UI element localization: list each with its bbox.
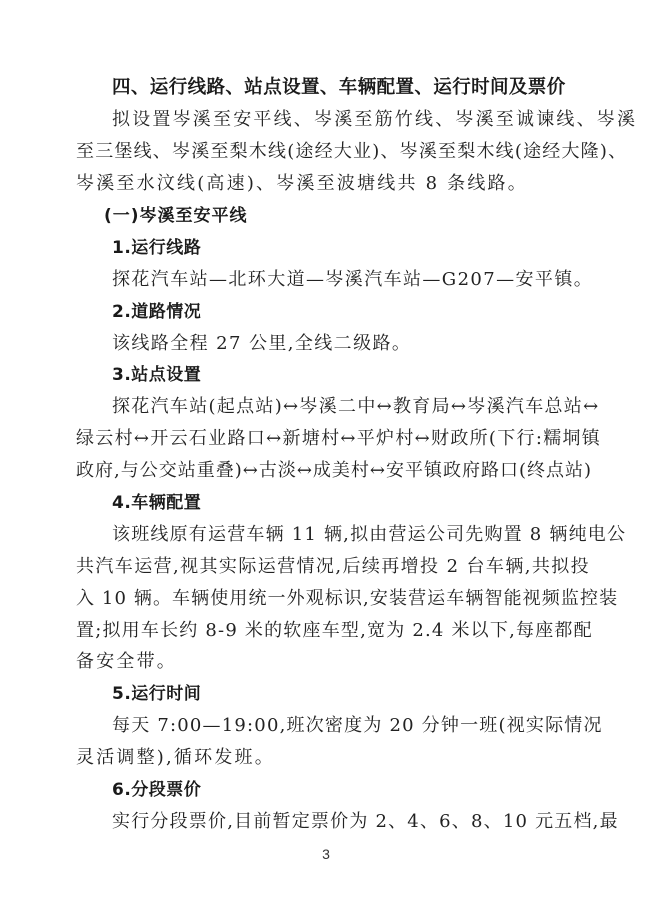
page-number: 3	[0, 846, 652, 862]
item-2-heading: 2.道路情况	[112, 300, 617, 324]
item-3-line-1: 探花汽车站(起点站)↔岑溪二中↔教育局↔岑溪汽车总站↔	[112, 395, 617, 419]
item-3-line-2: 绿云村↔开云石业路口↔新塘村↔平炉村↔财政所(下行:糯垌镇	[76, 427, 581, 451]
subsection-heading: (一)岑溪至安平线	[104, 204, 609, 228]
item-3-heading: 3.站点设置	[112, 363, 617, 387]
item-5-line-2: 灵活调整),循环发班。	[76, 746, 581, 770]
section-heading: 四、运行线路、站点设置、车辆配置、运行时间及票价	[112, 76, 617, 100]
item-1-heading: 1.运行线路	[112, 236, 617, 260]
intro-line-2: 至三堡线、岑溪至梨木线(途经大业)、岑溪至梨木线(途经大隆)、	[76, 140, 581, 164]
item-4-line-4: 置;拟用车长约 8-9 米的软座车型,宽为 2.4 米以下,每座都配	[76, 619, 581, 643]
item-4-line-1: 该班线原有运营车辆 11 辆,拟由营运公司先购置 8 辆纯电公	[112, 523, 617, 547]
item-5-line-1: 每天 7:00—19:00,班次密度为 20 分钟一班(视实际情况	[112, 714, 617, 738]
item-4-heading: 4.车辆配置	[112, 491, 617, 515]
item-4-line-3: 入 10 辆。车辆使用统一外观标识,安装营运车辆智能视频监控装	[76, 587, 581, 611]
item-3-line-3: 政府,与公交站重叠)↔古淡↔成美村↔安平镇政府路口(终点站)	[76, 459, 581, 483]
document-page: 四、运行线路、站点设置、车辆配置、运行时间及票价 拟设置岑溪至安平线、岑溪至筋竹…	[0, 0, 652, 917]
item-5-heading: 5.运行时间	[112, 682, 617, 706]
item-2-line-1: 该线路全程 27 公里,全线二级路。	[112, 332, 617, 356]
intro-line-3: 岑溪至水汶线(高速)、岑溪至波塘线共 8 条线路。	[76, 172, 581, 196]
item-4-line-2: 共汽车运营,视其实际运营情况,后续再增投 2 台车辆,共拟投	[76, 555, 581, 579]
item-1-line-1: 探花汽车站—北环大道—岑溪汽车站—G207—安平镇。	[112, 268, 617, 292]
intro-line-1: 拟设置岑溪至安平线、岑溪至筋竹线、岑溪至诚谏线、岑溪	[112, 108, 617, 132]
item-6-line-1: 实行分段票价,目前暂定票价为 2、4、6、8、10 元五档,最	[112, 810, 617, 834]
item-4-line-5: 备安全带。	[76, 650, 581, 674]
item-6-heading: 6.分段票价	[112, 778, 617, 802]
